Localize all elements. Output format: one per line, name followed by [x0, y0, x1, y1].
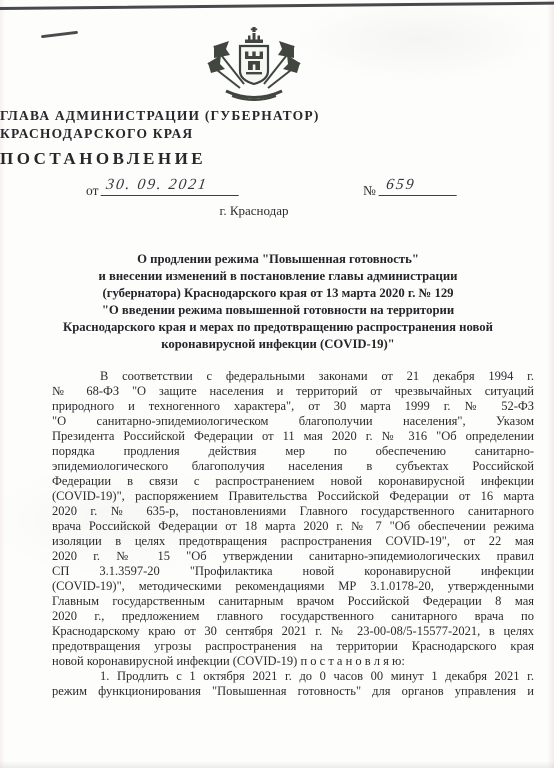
body-line: 2020 г., предложением главного государст… — [52, 609, 534, 624]
body-line: (COVID-19)", методическими рекомендациям… — [52, 579, 534, 594]
number-label: № — [363, 183, 376, 199]
title-line: О продлении режима "Повышенная готовност… — [24, 251, 532, 268]
authority-line-1: ГЛАВА АДМИНИСТРАЦИИ (ГУБЕРНАТОР) — [0, 107, 508, 125]
body-line: Главным государственным санитарным врачо… — [52, 594, 534, 609]
body-line: порядка продления действия мер по обеспе… — [52, 444, 534, 459]
body-line: эпидемиологического благополучия населен… — [52, 459, 534, 474]
body-line: Краснодарскому краю от 30 сентября 2021 … — [52, 624, 534, 639]
title-line: коронавирусной инфекции (COVID-19)" — [24, 336, 532, 353]
emblem-container — [0, 26, 508, 111]
body-line: предотвращения угрозы распространения на… — [52, 639, 534, 654]
body-line: 2020 г. № 15 "Об утверждении санитарно-э… — [52, 549, 534, 564]
date-label: от — [86, 183, 98, 199]
body-line: СП 3.1.3597-20 "Профилактика новой корон… — [52, 564, 534, 579]
body-line: 1. Продлить с 1 октября 2021 г. до 0 час… — [52, 669, 534, 684]
title-line: Краснодарского края и мерах по предотвра… — [24, 319, 532, 336]
body-line: В соответствии с федеральными законами о… — [52, 369, 534, 384]
document-title: О продлении режима "Повышенная готовност… — [24, 251, 532, 352]
document-body: В соответствии с федеральными законами о… — [52, 369, 534, 699]
body-line: № 68-ФЗ "О защите населения и территорий… — [52, 384, 534, 399]
issuing-authority: ГЛАВА АДМИНИСТРАЦИИ (ГУБЕРНАТОР) КРАСНОД… — [0, 107, 508, 143]
body-line: врача Российской Федерации от 18 марта 2… — [52, 519, 534, 534]
handwritten-date: 30. 09. 2021 — [101, 176, 242, 196]
handwritten-number: 659 — [379, 176, 460, 196]
body-line: природного и техногенного характера", от… — [52, 399, 534, 414]
body-line: Президента Российской Федерации от 11 ма… — [52, 429, 534, 444]
scan-edge-artifact — [0, 2, 554, 10]
scanned-document-page: ГЛАВА АДМИНИСТРАЦИИ (ГУБЕРНАТОР) КРАСНОД… — [0, 0, 554, 768]
krasnodar-krai-coat-of-arms-icon — [198, 26, 310, 106]
body-line: 2020 г. № 635-р, постановлениями Главног… — [52, 504, 534, 519]
body-line: "О санитарно-эпидемиологическом благопол… — [52, 414, 534, 429]
date-and-number-row: от 30. 09. 2021 № 659 — [0, 179, 554, 201]
body-line: режим функционирования "Повышенная готов… — [52, 684, 534, 699]
city-line: г. Краснодар — [0, 203, 508, 219]
body-line: (COVID-19)", распоряжением Правительства… — [52, 489, 534, 504]
body-line: Федерации в связи с распространением нов… — [52, 474, 534, 489]
authority-line-2: КРАСНОДАРСКОГО КРАЯ — [0, 125, 508, 143]
body-line: изоляции в целях предотвращения распрост… — [52, 534, 534, 549]
title-line: "О введении режима повышенной готовности… — [24, 302, 532, 319]
document-type-heading: ПОСТАНОВЛЕНИЕ — [0, 149, 508, 169]
body-line: новой коронавирусной инфекции (COVID-19)… — [52, 654, 534, 669]
title-line: (губернатора) Краснодарского края от 13 … — [24, 285, 532, 302]
title-line: и внесении изменений в постановление гла… — [24, 268, 532, 285]
